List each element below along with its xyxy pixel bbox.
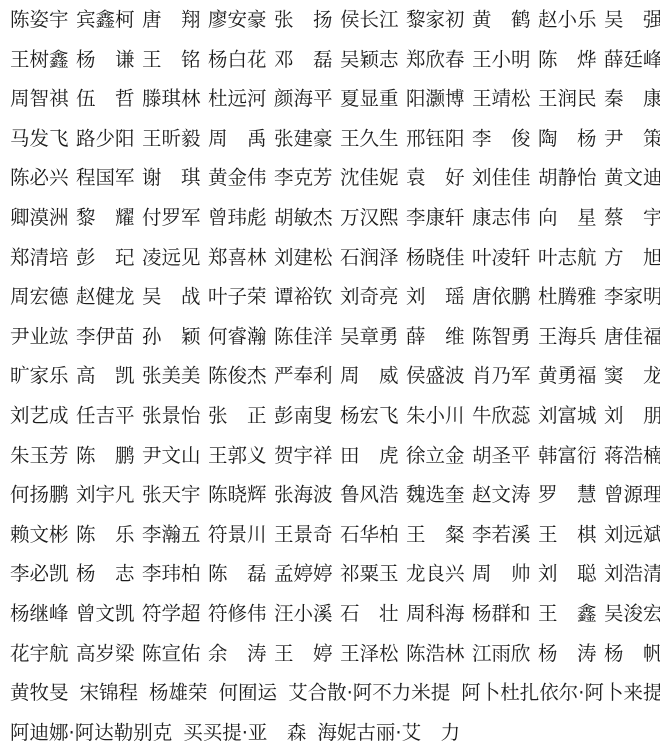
name-entry: 杨继峰 [10, 604, 68, 624]
name-entry: 周科海 [406, 604, 464, 624]
name-entry: 王 棋 [538, 525, 596, 545]
name-entry: 杜腾雅 [538, 287, 596, 307]
name-entry: 贺宇祥 [274, 446, 332, 466]
name-entry: 黎家初 [406, 10, 464, 30]
name-entry: 肖乃军 [472, 366, 530, 386]
name-entry: 黄文迪 [604, 168, 660, 188]
name-entry: 刘富城 [538, 406, 596, 426]
name-entry: 杨宏飞 [340, 406, 398, 426]
name-entry: 陈宣佑 [142, 644, 200, 664]
name-entry: 吴 战 [142, 287, 200, 307]
name-entry: 侯长江 [340, 10, 398, 30]
name-entry: 郑欣春 [406, 50, 464, 70]
name-entry: 张景怡 [142, 406, 200, 426]
name-entry: 蔡 宇 [604, 208, 660, 228]
name-entry: 叶子荣 [208, 287, 266, 307]
name-entry: 万汉熙 [340, 208, 398, 228]
name-entry: 杨雄荣 [149, 683, 208, 703]
name-entry: 旷家乐 [10, 366, 68, 386]
name-entry: 宋锦程 [80, 683, 139, 703]
name-entry: 唐 翔 [142, 10, 200, 30]
name-entry: 鲁风浩 [340, 485, 398, 505]
name-entry: 杨 涛 [538, 644, 596, 664]
name-entry: 赵健龙 [76, 287, 134, 307]
name-entry: 王海兵 [538, 327, 596, 347]
name-entry: 陈晓辉 [208, 485, 266, 505]
name-entry: 彭南叟 [274, 406, 332, 426]
name-entry: 刘艺成 [10, 406, 68, 426]
name-entry: 陈 乐 [76, 525, 134, 545]
name-entry: 祁粟玉 [340, 564, 398, 584]
name-entry: 付罗军 [142, 208, 200, 228]
name-entry: 胡圣平 [472, 446, 530, 466]
name-entry: 韩富衍 [538, 446, 596, 466]
name-row: 刘艺成任吉平张景怡张 正彭南叟杨宏飞朱小川牛欣蕊刘富城刘 朋 [10, 396, 660, 436]
name-entry: 符学超 [142, 604, 200, 624]
name-entry: 王润民 [538, 89, 596, 109]
name-entry: 滕琪林 [142, 89, 200, 109]
name-entry: 唐佳福 [604, 327, 660, 347]
name-entry: 牛欣蕊 [472, 406, 530, 426]
name-entry: 康志伟 [472, 208, 530, 228]
name-entry: 朱玉芳 [10, 446, 68, 466]
name-entry: 伍 哲 [76, 89, 134, 109]
name-entry: 周智祺 [10, 89, 68, 109]
name-entry: 周 帅 [472, 564, 530, 584]
name-entry: 石华柏 [340, 525, 398, 545]
name-entry: 刘远斌 [604, 525, 660, 545]
name-entry: 尹文山 [142, 446, 200, 466]
name-entry: 王昕毅 [142, 129, 200, 149]
name-row: 何扬鹏刘宇凡张天宇陈晓辉张海波鲁风浩魏选奎赵文涛罗 慧曾源理 [10, 475, 660, 515]
name-entry: 张海波 [274, 485, 332, 505]
name-row: 阿迪娜·阿达勒别克买买提·亚 森海妮古丽·艾 力 [10, 713, 660, 749]
name-row: 周宏德赵健龙吴 战叶子荣谭裕钦刘奇亮刘 瑶唐依鹏杜腾雅李家明 [10, 277, 660, 317]
name-entry: 李必凯 [10, 564, 68, 584]
name-entry: 方 旭 [604, 248, 660, 268]
name-entry: 艾合散·阿不力米提 [288, 683, 450, 703]
name-entry: 蒋浩楠 [604, 446, 660, 466]
name-entry: 李 俊 [472, 129, 530, 149]
name-entry: 曾文凯 [76, 604, 134, 624]
name-entry: 王 婷 [274, 644, 332, 664]
name-entry: 杨白花 [208, 50, 266, 70]
name-entry: 杨 谦 [76, 50, 134, 70]
name-entry: 陈智勇 [472, 327, 530, 347]
name-entry: 陈俊杰 [208, 366, 266, 386]
name-entry: 沈佳妮 [340, 168, 398, 188]
name-row: 周智祺伍 哲滕琪林杜远河颜海平夏显重阳灏博王靖松王润民秦 康 [10, 79, 660, 119]
name-entry: 任吉平 [76, 406, 134, 426]
name-entry: 张 扬 [274, 10, 332, 30]
name-entry: 曾玮彪 [208, 208, 266, 228]
name-entry: 黄 鹤 [472, 10, 530, 30]
name-entry: 王树鑫 [10, 50, 68, 70]
name-entry: 吴颖志 [340, 50, 398, 70]
name-entry: 吴浚宏 [604, 604, 660, 624]
name-entry: 刘奇亮 [340, 287, 398, 307]
name-entry: 何囿运 [219, 683, 278, 703]
name-entry: 刘建松 [274, 248, 332, 268]
name-row: 马发飞路少阳王昕毅周 禹张建豪王久生邢钰阳李 俊陶 杨尹 策 [10, 119, 660, 159]
name-row: 杨继峰曾文凯符学超符修伟汪小溪石 壮周科海杨群和王 鑫吴浚宏 [10, 594, 660, 634]
name-entry: 廖安豪 [208, 10, 266, 30]
name-entry: 刘宇凡 [76, 485, 134, 505]
name-entry: 何睿瀚 [208, 327, 266, 347]
name-entry: 颜海平 [274, 89, 332, 109]
name-entry: 阳灏博 [406, 89, 464, 109]
name-entry: 石润泽 [340, 248, 398, 268]
name-entry: 陈浩林 [406, 644, 464, 664]
name-entry: 罗 慧 [538, 485, 596, 505]
name-entry: 薛 维 [406, 327, 464, 347]
name-entry: 周 禹 [208, 129, 266, 149]
name-row: 王树鑫杨 谦王 铭杨白花邓 磊吴颖志郑欣春王小明陈 烨薛廷峰 [10, 40, 660, 80]
name-entry: 张天宇 [142, 485, 200, 505]
name-entry: 侯盛波 [406, 366, 464, 386]
name-entry: 田 虎 [340, 446, 398, 466]
name-entry: 王郭义 [208, 446, 266, 466]
name-entry: 李伊苗 [76, 327, 134, 347]
name-entry: 余 涛 [208, 644, 266, 664]
name-entry: 魏选奎 [406, 485, 464, 505]
name-list: 陈姿宇宾鑫柯唐 翔廖安豪张 扬侯长江黎家初黄 鹤赵小乐吴 强王树鑫杨 谦王 铭杨… [10, 0, 660, 749]
name-entry: 尹业竑 [10, 327, 68, 347]
name-entry: 叶凌轩 [472, 248, 530, 268]
name-entry: 阿迪娜·阿达勒别克 [10, 723, 172, 743]
name-entry: 汪小溪 [274, 604, 332, 624]
name-entry: 王泽松 [340, 644, 398, 664]
name-entry: 邓 磊 [274, 50, 332, 70]
name-entry: 窦 龙 [604, 366, 660, 386]
name-entry: 陈姿宇 [10, 10, 68, 30]
name-row: 郑清培彭 玘凌远见郑喜林刘建松石润泽杨晓佳叶凌轩叶志航方 旭 [10, 238, 660, 278]
name-entry: 朱小川 [406, 406, 464, 426]
name-entry: 薛廷峰 [604, 50, 660, 70]
name-entry: 杜远河 [208, 89, 266, 109]
name-entry: 孙 颖 [142, 327, 200, 347]
name-entry: 宾鑫柯 [76, 10, 134, 30]
name-entry: 杨群和 [472, 604, 530, 624]
name-entry: 赵小乐 [538, 10, 596, 30]
name-row: 朱玉芳陈 鹏尹文山王郭义贺宇祥田 虎徐立金胡圣平韩富衍蒋浩楠 [10, 436, 660, 476]
name-entry: 刘佳佳 [472, 168, 530, 188]
name-row: 黄牧旻宋锦程杨雄荣何囿运艾合散·阿不力米提阿卜杜扎依尔·阿卜来提 [10, 673, 660, 713]
name-entry: 袁 好 [406, 168, 464, 188]
name-entry: 秦 康 [604, 89, 660, 109]
name-entry: 郑清培 [10, 248, 68, 268]
name-entry: 王靖松 [472, 89, 530, 109]
name-entry: 张建豪 [274, 129, 332, 149]
name-entry: 赖文彬 [10, 525, 68, 545]
name-entry: 石 壮 [340, 604, 398, 624]
name-entry: 叶志航 [538, 248, 596, 268]
name-entry: 严奉利 [274, 366, 332, 386]
name-entry: 黄金伟 [208, 168, 266, 188]
name-entry: 李克芳 [274, 168, 332, 188]
name-entry: 李瀚五 [142, 525, 200, 545]
name-entry: 吴 强 [604, 10, 660, 30]
name-entry: 陈 鹏 [76, 446, 134, 466]
name-entry: 龙良兴 [406, 564, 464, 584]
name-entry: 黄勇福 [538, 366, 596, 386]
name-entry: 黄牧旻 [10, 683, 69, 703]
name-entry: 胡敏杰 [274, 208, 332, 228]
name-entry: 陈 烨 [538, 50, 596, 70]
name-entry: 刘 朋 [604, 406, 660, 426]
name-entry: 路少阳 [76, 129, 134, 149]
name-entry: 李家明 [604, 287, 660, 307]
name-entry: 江雨欣 [472, 644, 530, 664]
name-entry: 杨 志 [76, 564, 134, 584]
name-entry: 夏显重 [340, 89, 398, 109]
name-entry: 王 鑫 [538, 604, 596, 624]
name-row: 陈姿宇宾鑫柯唐 翔廖安豪张 扬侯长江黎家初黄 鹤赵小乐吴 强 [10, 0, 660, 40]
name-entry: 马发飞 [10, 129, 68, 149]
name-entry: 高岁梁 [76, 644, 134, 664]
name-entry: 卿漠洲 [10, 208, 68, 228]
name-entry: 买买提·亚 森 [183, 723, 306, 743]
name-entry: 张 正 [208, 406, 266, 426]
name-row: 赖文彬陈 乐李瀚五符景川王景奇石华柏王 粲李若溪王 棋刘远斌 [10, 515, 660, 555]
name-row: 尹业竑李伊苗孙 颖何睿瀚陈佳洋吴章勇薛 维陈智勇王海兵唐佳福 [10, 317, 660, 357]
name-entry: 刘 瑶 [406, 287, 464, 307]
name-row: 卿漠洲黎 耀付罗军曾玮彪胡敏杰万汉熙李康轩康志伟向 星蔡 宇 [10, 198, 660, 238]
name-entry: 杨晓佳 [406, 248, 464, 268]
name-entry: 王 铭 [142, 50, 200, 70]
name-entry: 谭裕钦 [274, 287, 332, 307]
name-entry: 李康轩 [406, 208, 464, 228]
name-entry: 吴章勇 [340, 327, 398, 347]
name-entry: 陈佳洋 [274, 327, 332, 347]
name-entry: 高 凯 [76, 366, 134, 386]
name-entry: 符景川 [208, 525, 266, 545]
name-entry: 王小明 [472, 50, 530, 70]
name-entry: 凌远见 [142, 248, 200, 268]
name-entry: 李若溪 [472, 525, 530, 545]
name-entry: 海妮古丽·艾 力 [317, 723, 460, 743]
name-row: 花宇航高岁梁陈宣佑余 涛王 婷王泽松陈浩林江雨欣杨 涛杨 帆 [10, 634, 660, 674]
name-entry: 曾源理 [604, 485, 660, 505]
name-entry: 彭 玘 [76, 248, 134, 268]
name-entry: 邢钰阳 [406, 129, 464, 149]
name-entry: 刘 聪 [538, 564, 596, 584]
name-entry: 花宇航 [10, 644, 68, 664]
name-row: 旷家乐高 凯张美美陈俊杰严奉利周 威侯盛波肖乃军黄勇福窦 龙 [10, 356, 660, 396]
name-entry: 杨 帆 [604, 644, 660, 664]
name-entry: 李玮柏 [142, 564, 200, 584]
name-row: 陈必兴程国军谢 琪黄金伟李克芳沈佳妮袁 好刘佳佳胡静怡黄文迪 [10, 158, 660, 198]
name-entry: 尹 策 [604, 129, 660, 149]
name-entry: 胡静怡 [538, 168, 596, 188]
name-entry: 张美美 [142, 366, 200, 386]
name-entry: 向 星 [538, 208, 596, 228]
name-entry: 陶 杨 [538, 129, 596, 149]
name-entry: 孟婷婷 [274, 564, 332, 584]
name-entry: 赵文涛 [472, 485, 530, 505]
name-entry: 徐立金 [406, 446, 464, 466]
name-row: 李必凯杨 志李玮柏陈 磊孟婷婷祁粟玉龙良兴周 帅刘 聪刘浩清 [10, 554, 660, 594]
name-entry: 符修伟 [208, 604, 266, 624]
name-entry: 何扬鹏 [10, 485, 68, 505]
name-entry: 唐依鹏 [472, 287, 530, 307]
name-entry: 王 粲 [406, 525, 464, 545]
name-entry: 陈 磊 [208, 564, 266, 584]
name-entry: 程国军 [76, 168, 134, 188]
name-entry: 周宏德 [10, 287, 68, 307]
name-entry: 阿卜杜扎依尔·阿卜来提 [461, 683, 660, 703]
name-entry: 黎 耀 [76, 208, 134, 228]
name-entry: 陈必兴 [10, 168, 68, 188]
name-entry: 刘浩清 [604, 564, 660, 584]
name-entry: 王景奇 [274, 525, 332, 545]
name-entry: 郑喜林 [208, 248, 266, 268]
name-entry: 周 威 [340, 366, 398, 386]
name-entry: 谢 琪 [142, 168, 200, 188]
name-entry: 王久生 [340, 129, 398, 149]
